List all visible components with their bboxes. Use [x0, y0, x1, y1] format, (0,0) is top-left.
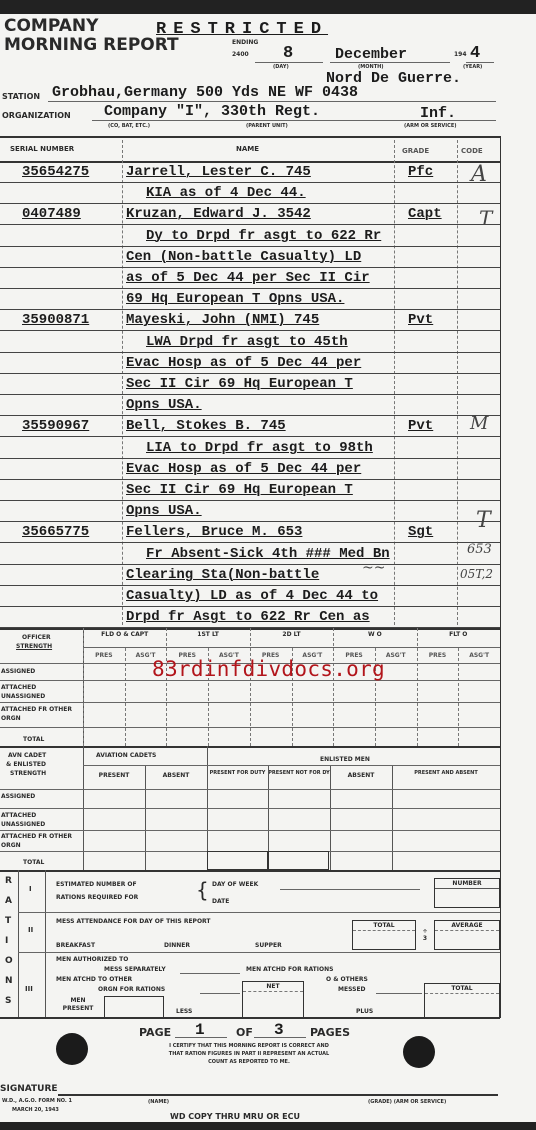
- organization-label: ORGANIZATION: [2, 111, 71, 120]
- pages-label: PAGES: [310, 1026, 350, 1039]
- aviation-cadets-label: AVIATION CADETS: [96, 752, 156, 759]
- col-grade: GRADE: [402, 147, 429, 155]
- col-serial-number: SERIAL NUMBER: [10, 145, 74, 153]
- signature-label: SIGNATURE: [0, 1084, 58, 1094]
- table-row: KIA as of 4 Dec 44.: [0, 183, 500, 204]
- serial-number-cell: 35665775: [22, 524, 89, 540]
- table-row: Dy to Drpd fr asgt to 622 Rr: [0, 226, 500, 247]
- table-row: Casualty) LD as of 4 Dec 44 to: [0, 586, 500, 607]
- name-cell: Jarrell, Lester C. 745: [126, 164, 311, 180]
- ending-time: 2400: [232, 51, 249, 58]
- form-title-line2: MORNING REPORT: [4, 36, 179, 55]
- page-number: 1: [195, 1021, 205, 1039]
- dinner-label: DINNER: [164, 942, 190, 949]
- remarks-cell: Dy to Drpd fr asgt to 622 Rr: [146, 228, 381, 244]
- name-caption: (NAME): [148, 1099, 169, 1105]
- rations-side-letter: S: [5, 996, 11, 1006]
- punch-hole-left: [56, 1033, 88, 1065]
- col-name: NAME: [236, 145, 259, 153]
- rations-total-box[interactable]: TOTAL: [424, 983, 500, 1018]
- signature-line[interactable]: [58, 1094, 498, 1096]
- col-code: CODE: [461, 147, 483, 155]
- table-row: 35665775Fellers, Bruce M. 653Sgt: [0, 522, 500, 543]
- day-of-week-label: DAY OF WEEK: [212, 881, 258, 888]
- of-label: OF: [236, 1026, 253, 1039]
- serial-number-cell: 35900871: [22, 312, 89, 328]
- officer-grade-group: FLT O: [417, 631, 500, 638]
- rations-side-letter: I: [5, 936, 8, 946]
- grade-cell: Pvt: [408, 418, 433, 434]
- rations-part-ii-numeral: II: [28, 926, 33, 934]
- organization-value: Company "I", 330th Regt.: [104, 103, 320, 120]
- men-present-label: MEN PRESENT: [58, 997, 98, 1013]
- remarks-cell: Clearing Sta(Non-battle: [126, 567, 319, 583]
- brace-glyph: {: [196, 878, 209, 902]
- remarks-cell: Cen (Non-battle Casualty) LD: [126, 249, 361, 265]
- table-row: as of 5 Dec 44 per Sec II Cir: [0, 268, 500, 289]
- remarks-cell: Drpd fr Asgt to 622 Rr Cen as: [126, 609, 370, 625]
- punch-hole-right: [403, 1036, 435, 1068]
- rations-side-letter: A: [5, 896, 12, 906]
- name-cell: Kruzan, Edward J. 3542: [126, 206, 311, 222]
- table-row: Evac Hosp as of 5 Dec 44 per: [0, 459, 500, 480]
- estimated-rations-label: ESTIMATED NUMBER OF: [56, 881, 137, 888]
- enlisted-col-label: PRESENT NOT FOR DY: [268, 769, 330, 777]
- form-title-line1: COMPANY: [4, 17, 179, 36]
- copy-note: WD COPY THRU MRU OR ECU: [170, 1112, 300, 1121]
- supper-label: SUPPER: [255, 942, 282, 949]
- table-row: Opns USA.: [0, 395, 500, 416]
- less-label: LESS: [176, 1008, 192, 1015]
- officer-grade-group: W O: [333, 631, 416, 638]
- serial-number-cell: 35654275: [22, 164, 89, 180]
- org-caption-arm: (ARM OR SERVICE): [404, 123, 457, 129]
- handwritten-code-mark: 653: [467, 542, 492, 557]
- enlisted-col-label: PRESENT FOR DUTY: [207, 769, 268, 777]
- men-authorized-label: MEN AUTHORIZED TO: [56, 956, 128, 963]
- officer-strength-title: OFFICER: [22, 634, 51, 641]
- officer-row-label: ATTACHED UNASSIGNED: [1, 683, 79, 701]
- handwritten-code-mark: M: [470, 413, 488, 434]
- officer-grade-group: 1ST LT: [166, 631, 249, 638]
- remarks-cell: Sec II Cir 69 Hq European T: [126, 482, 353, 498]
- men-present-box[interactable]: [104, 996, 164, 1018]
- year-caption: (YEAR): [463, 64, 482, 70]
- station-label: STATION: [2, 92, 40, 101]
- net-label: NET: [243, 982, 303, 992]
- org-caption-parent: (PARENT UNIT): [246, 123, 288, 129]
- ending-label: ENDING: [232, 39, 258, 46]
- report-day: 8: [283, 44, 293, 63]
- table-row: 69 Hq European T Opns USA.: [0, 289, 500, 310]
- station-value: Grobhau,Germany 500 Yds NE WF 0438: [52, 84, 358, 101]
- enlisted-col-label: ABSENT: [330, 769, 392, 780]
- officer-row-label: ASSIGNED: [1, 667, 79, 676]
- date-label: DATE: [212, 898, 229, 905]
- enlisted-total-box[interactable]: [268, 851, 329, 870]
- remarks-cell: Evac Hosp as of 5 Dec 44 per: [126, 461, 361, 477]
- handwritten-code-mark: 05T,2: [460, 567, 493, 581]
- officers-others-label: O & OTHERS: [326, 976, 368, 983]
- table-row: Evac Hosp as of 5 Dec 44 per: [0, 353, 500, 374]
- certification-text: I CERTIFY THAT THIS MORNING REPORT IS CO…: [124, 1042, 374, 1066]
- orgn-for-rations-label: ORGN FOR RATIONS: [98, 986, 165, 993]
- year-prefix: 194: [454, 51, 467, 58]
- remarks-cell: KIA as of 4 Dec 44.: [146, 185, 306, 201]
- certify-line-3: COUNT AS REPORTED TO ME.: [124, 1058, 374, 1066]
- classification-stamp: RESTRICTED: [156, 20, 328, 39]
- messed-label: MESSED: [338, 986, 366, 993]
- officer-strength-title-2: STRENGTH: [16, 643, 52, 650]
- day-caption: (DAY): [273, 64, 289, 70]
- handwritten-code-mark: A: [471, 162, 487, 187]
- cadet-col-label: PRESENT: [83, 772, 145, 779]
- mess-attendance-label: MESS ATTENDANCE FOR DAY OF THIS REPORT: [56, 918, 211, 925]
- total-attendance-label: TOTAL: [353, 921, 415, 931]
- enlisted-total-box[interactable]: [207, 851, 268, 870]
- table-row: Fr Absent-Sick 4th ### Med Bn: [0, 544, 500, 565]
- name-cell: Mayeski, John (NMI) 745: [126, 312, 319, 328]
- table-row: Drpd fr Asgt to 622 Rr Cen as: [0, 607, 500, 628]
- name-cell: Fellers, Bruce M. 653: [126, 524, 302, 540]
- rations-part-iii-numeral: III: [25, 985, 33, 993]
- grade-cell: Capt: [408, 206, 442, 222]
- handwritten-scribble: ~~: [362, 560, 385, 576]
- certify-line-1: I CERTIFY THAT THIS MORNING REPORT IS CO…: [124, 1042, 374, 1050]
- enlisted-title-2: & ENLISTED: [6, 761, 46, 768]
- report-year: 4: [470, 44, 480, 63]
- rations-side-letter: T: [5, 916, 11, 926]
- enlisted-title-3: STRENGTH: [10, 770, 46, 777]
- remarks-cell: Casualty) LD as of 4 Dec 44 to: [126, 588, 378, 604]
- website-watermark: 83rdinfdivdocs.org: [152, 657, 385, 681]
- table-row: 35590967Bell, Stokes B. 745Pvt: [0, 416, 500, 437]
- total-attendance-box[interactable]: TOTAL: [352, 920, 416, 950]
- table-row: Sec II Cir 69 Hq European T: [0, 480, 500, 501]
- grade-cell: Pvt: [408, 312, 433, 328]
- number-box-label: NUMBER: [435, 879, 499, 889]
- page-total: 3: [274, 1021, 284, 1039]
- officer-subcol-label: PRES: [417, 652, 459, 659]
- remarks-cell: Evac Hosp as of 5 Dec 44 per: [126, 355, 361, 371]
- remarks-cell: LIA to Drpd fr asgt to 98th: [146, 440, 373, 456]
- rations-total-label: TOTAL: [425, 984, 499, 994]
- officer-row-label: TOTAL: [1, 735, 79, 744]
- average-label: AVERAGE: [435, 921, 499, 931]
- breakfast-label: BREAKFAST: [56, 942, 95, 949]
- divide-by-three: ÷ 3: [420, 928, 430, 942]
- report-month: December: [335, 46, 407, 63]
- men-atchd-for-rations-label: MEN ATCHD FOR RATIONS: [246, 966, 333, 973]
- table-row: 35654275Jarrell, Lester C. 745Pfc: [0, 162, 500, 183]
- officer-grade-group: FLD O & CAPT: [83, 631, 166, 638]
- table-row: 0407489Kruzan, Edward J. 3542Capt: [0, 204, 500, 225]
- officer-subcol-label: PRES: [83, 652, 125, 659]
- officer-subcol-label: ASG'T: [458, 652, 500, 659]
- table-row: 35900871Mayeski, John (NMI) 745Pvt: [0, 310, 500, 331]
- table-row: LIA to Drpd fr asgt to 98th: [0, 438, 500, 459]
- enlisted-row-label: ATTACHED UNASSIGNED: [1, 811, 79, 829]
- form-title: COMPANY MORNING REPORT: [4, 17, 179, 55]
- cadet-col-label: ABSENT: [145, 772, 207, 779]
- enlisted-men-label: ENLISTED MEN: [320, 756, 370, 763]
- officer-row-label: ATTACHED FR OTHER ORGN: [1, 705, 79, 723]
- remarks-cell: Opns USA.: [126, 397, 202, 413]
- remarks-cell: 69 Hq European T Opns USA.: [126, 291, 344, 307]
- table-row: Cen (Non-battle Casualty) LD: [0, 247, 500, 268]
- table-row: Clearing Sta(Non-battle: [0, 565, 500, 586]
- form-date: MARCH 20, 1943: [12, 1107, 59, 1113]
- serial-number-cell: 0407489: [22, 206, 81, 222]
- enlisted-row-label: TOTAL: [1, 858, 79, 867]
- remarks-cell: Fr Absent-Sick 4th ### Med Bn: [146, 546, 390, 562]
- officer-grade-group: 2D LT: [250, 631, 333, 638]
- handwritten-code-mark: T: [479, 206, 492, 230]
- remarks-cell: LWA Drpd fr asgt to 45th: [146, 334, 348, 350]
- net-box[interactable]: NET: [242, 981, 304, 1018]
- rations-side-letter: N: [5, 976, 13, 986]
- estimated-rations-label-2: RATIONS REQUIRED FOR: [56, 894, 138, 901]
- remarks-cell: as of 5 Dec 44 per Sec II Cir: [126, 270, 370, 286]
- form-number: W.D., A.G.O. FORM NO. 1: [2, 1098, 72, 1104]
- rations-side-letter: R: [5, 876, 12, 886]
- enlisted-col-label: PRESENT AND ABSENT: [392, 769, 500, 777]
- name-cell: Bell, Stokes B. 745: [126, 418, 286, 434]
- enlisted-row-label: ASSIGNED: [1, 792, 79, 801]
- page-label: PAGE: [139, 1026, 171, 1039]
- enlisted-title-1: AVN CADET: [8, 752, 46, 759]
- remarks-cell: Opns USA.: [126, 503, 202, 519]
- rations-side-letter: O: [5, 956, 13, 966]
- mess-separately-label: MESS SEPARATELY: [104, 966, 166, 973]
- handwritten-code-mark: T: [476, 508, 491, 533]
- table-row: LWA Drpd fr asgt to 45th: [0, 332, 500, 353]
- grade-caption: (GRADE) (ARM OR SERVICE): [368, 1099, 446, 1105]
- serial-number-cell: 35590967: [22, 418, 89, 434]
- remarks-cell: Sec II Cir 69 Hq European T: [126, 376, 353, 392]
- enlisted-row-label: ATTACHED FR OTHER ORGN: [1, 832, 79, 850]
- certify-line-2: THAT RATION FIGURES IN PART II REPRESENT…: [124, 1050, 374, 1058]
- grade-cell: Pfc: [408, 164, 433, 180]
- rations-part-i-numeral: I: [29, 885, 32, 893]
- men-atchd-other-label: MEN ATCHD TO OTHER: [56, 976, 132, 983]
- average-box[interactable]: AVERAGE: [434, 920, 500, 950]
- table-row: Opns USA.: [0, 501, 500, 522]
- org-caption-unit: (CO, BAT, ETC.): [108, 123, 150, 129]
- number-box[interactable]: NUMBER: [434, 878, 500, 908]
- grade-cell: Sgt: [408, 524, 433, 540]
- table-row: Sec II Cir 69 Hq European T: [0, 374, 500, 395]
- morning-report-document: COMPANY MORNING REPORT RESTRICTED ENDING…: [0, 0, 536, 1130]
- plus-label: PLUS: [356, 1008, 373, 1015]
